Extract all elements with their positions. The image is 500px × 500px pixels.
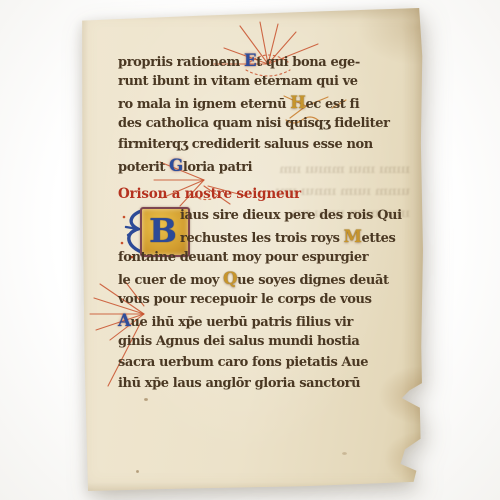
manuscript-line: vous pour recepuoir le corps de vous <box>118 289 404 310</box>
text-segment: rechustes les trois roys <box>180 231 344 246</box>
text-segment: propriis rationem <box>118 55 244 70</box>
decorated-initial-G: G <box>169 156 183 175</box>
manuscript-line: des catholica quam nisi quisqʒ fideliter <box>118 113 404 134</box>
decorated-initial-Q: Q <box>223 269 237 288</box>
text-segment: runt ibunt in vitam eternam qui ve <box>118 74 358 89</box>
text-segment: vous pour recepuoir le corps de vous <box>118 292 372 307</box>
manuscript-line: ginis Agnus dei salus mundi hostia <box>118 331 404 352</box>
manuscript-line: propriis rationem Et qui bona ege- <box>118 50 404 71</box>
manuscript-line: firmiterqʒ crediderit saluus esse non <box>118 134 404 155</box>
text-segment: Orison a nostre seigneur <box>118 186 301 202</box>
manuscript-line: rechustes les trois roys Mettes <box>118 226 404 247</box>
text-segment: iaus sire dieux pere des rois Qui <box>180 208 402 223</box>
manuscript-line: fontaine deuant moy pour espurgier <box>118 247 404 268</box>
stain-speck <box>342 452 347 455</box>
manuscript-line: ihū xp̄e laus anglōr gloria sanctorū <box>118 373 404 394</box>
rubric-line: Orison a nostre seigneur <box>118 184 404 205</box>
text-segment: ue ihū xp̄e uerbū patris filius vir <box>130 315 353 330</box>
text-segment: loria patri <box>183 160 252 175</box>
photograph-background: ııımı ınuı mnıuı ıım uınm ıuım ınnuı ımı… <box>0 0 500 500</box>
decorated-initial-A: A <box>118 311 130 330</box>
text-segment: le cuer de moy <box>118 273 223 288</box>
manuscript-line: sacra uerbum caro fons pietatis Aue <box>118 352 404 373</box>
manuscript-leaf: ııımı ınuı mnıuı ıım uınm ıuım ınnuı ımı… <box>78 8 424 492</box>
text-segment: ihū xp̄e laus anglōr gloria sanctorū <box>118 376 360 391</box>
text-segment: ginis Agnus dei salus mundi hostia <box>118 334 359 349</box>
text-block: propriis rationem Et qui bona ege-runt i… <box>118 50 404 394</box>
manuscript-line: poterit Gloria patri <box>118 155 404 176</box>
text-segment: ro mala in ignem eternū <box>118 97 290 112</box>
text-segment: poterit <box>118 160 169 175</box>
text-segment: ue soyes dignes deuāt <box>237 273 388 288</box>
parchment-page: ııımı ınuı mnıuı ıım uınm ıuım ınnuı ımı… <box>78 8 424 492</box>
decorated-initial-E: E <box>244 51 256 70</box>
stain-speck <box>136 470 139 473</box>
text-segment: ettes <box>362 231 396 246</box>
text-segment: t qui bona ege- <box>256 55 360 70</box>
decorated-initial-M: M <box>344 227 362 246</box>
stain-speck <box>144 398 148 401</box>
text-segment: firmiterqʒ crediderit saluus esse non <box>118 137 373 152</box>
manuscript-line: ro mala in ignem eternū Hec est fi <box>118 92 404 113</box>
text-segment: fontaine deuant moy pour espurgier <box>118 250 368 265</box>
manuscript-line: le cuer de moy Que soyes dignes deuāt <box>118 268 404 289</box>
text-segment: ec est fi <box>306 97 360 112</box>
manuscript-line: iaus sire dieux pere des rois Qui <box>118 205 404 226</box>
manuscript-line: runt ibunt in vitam eternam qui ve <box>118 71 404 92</box>
text-segment: sacra uerbum caro fons pietatis Aue <box>118 355 368 370</box>
manuscript-line: Aue ihū xp̄e uerbū patris filius vir <box>118 310 404 331</box>
text-segment: des catholica quam nisi quisqʒ fideliter <box>118 116 390 131</box>
decorated-initial-H: H <box>290 93 305 112</box>
